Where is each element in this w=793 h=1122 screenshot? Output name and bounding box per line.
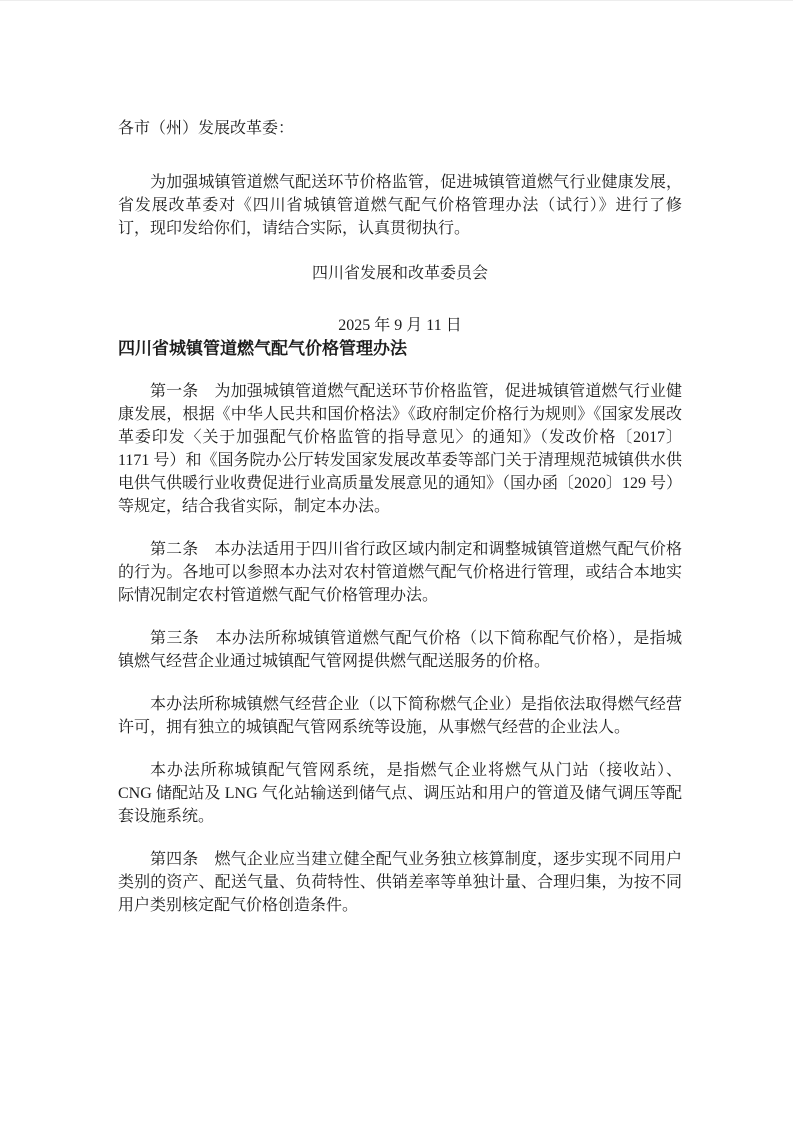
article-paragraph-4: 本办法所称城镇燃气经营企业（以下简称燃气企业）是指依法取得燃气经营许可，拥有独立… bbox=[118, 693, 682, 739]
article-paragraph-2: 第二条 本办法适用于四川省行政区域内制定和调整城镇管道燃气配气价格的行为。各地可… bbox=[118, 538, 682, 607]
article-paragraph-5: 本办法所称城镇配气管网系统，是指燃气企业将燃气从门站（接收站）、CNG 储配站及… bbox=[118, 759, 682, 828]
article-paragraph-1: 第一条 为加强城镇管道燃气配送环节价格监管，促进城镇管道燃气行业健康发展，根据《… bbox=[118, 380, 682, 518]
salutation: 各市（州）发展改革委： bbox=[118, 117, 682, 140]
article-paragraph-3: 第三条 本办法所称城镇管道燃气配气价格（以下简称配气价格），是指城镇燃气经营企业… bbox=[118, 627, 682, 673]
issue-date: 2025 年 9 月 11 日 bbox=[118, 314, 682, 337]
measures-title: 四川省城镇管道燃气配气价格管理办法 bbox=[118, 337, 682, 360]
notice-body-paragraph: 为加强城镇管道燃气配送环节价格监管，促进城镇管道燃气行业健康发展，省发展改革委对… bbox=[118, 171, 682, 240]
document-page: 各市（州）发展改革委： 为加强城镇管道燃气配送环节价格监管，促进城镇管道燃气行业… bbox=[0, 0, 793, 1122]
article-paragraph-6: 第四条 燃气企业应当建立健全配气业务独立核算制度，逐步实现不同用户类别的资产、配… bbox=[118, 848, 682, 917]
issuing-authority: 四川省发展和改革委员会 bbox=[118, 262, 682, 285]
